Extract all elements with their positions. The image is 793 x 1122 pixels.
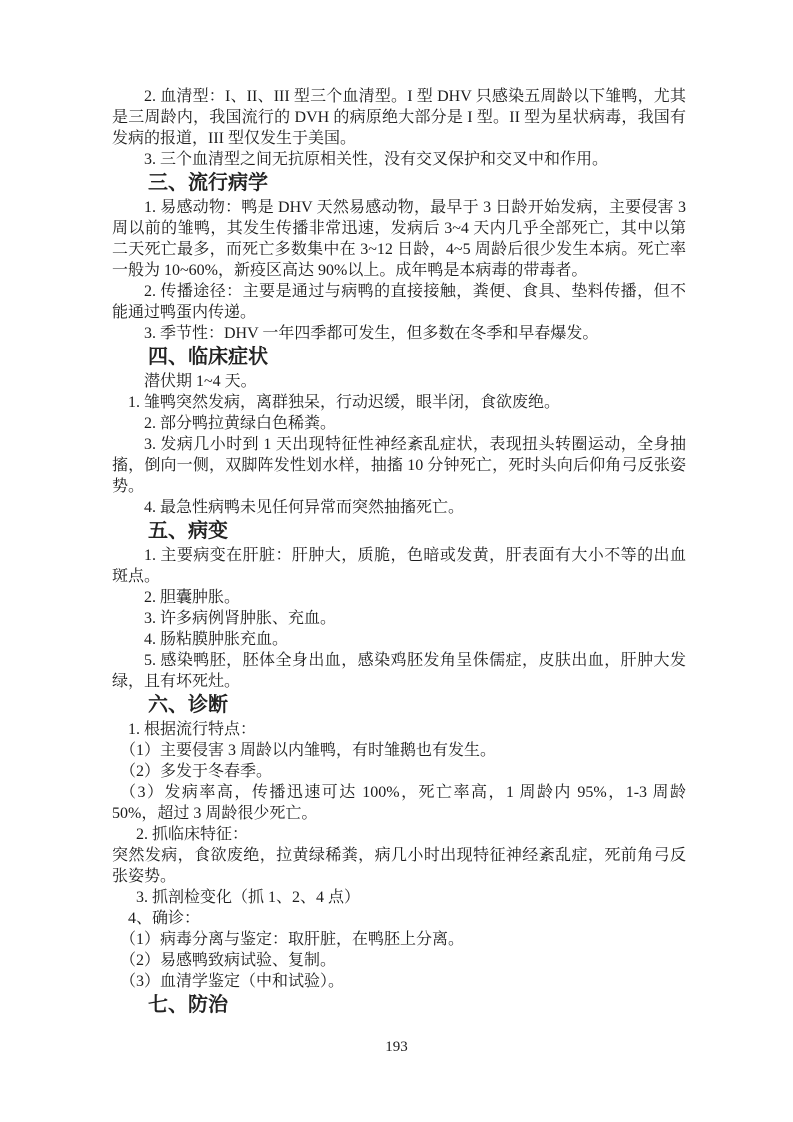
section-heading-pathology: 五、病变 <box>112 518 686 545</box>
paragraph-clinical-features-label: 2. 抓临床特征： <box>112 824 686 845</box>
paragraph-diagnosis-epidemic-features: 1. 根据流行特点： <box>112 719 686 740</box>
paragraph-diagnosis-feature-1: （1）主要侵害 3 周龄以内雏鸭，有时雏鹅也有发生。 <box>112 740 686 761</box>
paragraph-symptom-1: 1. 雏鸭突然发病，离群独呆，行动迟缓，眼半闭，食欲废绝。 <box>112 392 686 413</box>
paragraph-symptom-2: 2. 部分鸭拉黄绿白色稀粪。 <box>112 413 686 434</box>
paragraph-lesion-2: 2. 胆囊肿胀。 <box>112 587 686 608</box>
paragraph-lesion-5: 5. 感染鸭胚，胚体全身出血，感染鸡胚发角呈侏儒症，皮肤出血，肝肿大发绿，且有坏… <box>112 650 686 692</box>
paragraph-serotype-relation: 3. 三个血清型之间无抗原相关性，没有交叉保护和交叉中和作用。 <box>112 149 686 170</box>
paragraph-confirmation-3: （3）血清学鉴定（中和试验）。 <box>112 971 686 992</box>
paragraph-diagnosis-feature-3: （3）发病率高，传播迅速可达 100%，死亡率高，1 周龄内 95%，1-3 周… <box>112 782 686 824</box>
paragraph-clinical-features-detail: 突然发病，食欲废绝，拉黄绿稀粪，病几小时出现特征神经紊乱症，死前角弓反张姿势。 <box>112 845 686 887</box>
paragraph-transmission-route: 2. 传播途径：主要是通过与病鸭的直接接触，粪便、食具、垫料传播，但不能通过鸭蛋… <box>112 281 686 323</box>
paragraph-lesion-1: 1. 主要病变在肝脏：肝肿大，质脆，色暗或发黄，肝表面有大小不等的出血斑点。 <box>112 545 686 587</box>
document-body: 2. 血清型：I、II、III 型三个血清型。I 型 DHV 只感染五周龄以下雏… <box>112 86 686 1019</box>
paragraph-symptom-3: 3. 发病几小时到 1 天出现特征性神经紊乱症状，表现扭头转圈运动，全身抽搐，倒… <box>112 434 686 497</box>
page-number: 193 <box>0 1038 793 1056</box>
paragraph-incubation-period: 潜伏期 1~4 天。 <box>112 371 686 392</box>
section-heading-prevention: 七、防治 <box>112 992 686 1019</box>
paragraph-confirmation-2: （2）易感鸭致病试验、复制。 <box>112 950 686 971</box>
paragraph-symptom-4: 4. 最急性病鸭未见任何异常而突然抽搐死亡。 <box>112 497 686 518</box>
paragraph-necropsy-changes: 3. 抓剖检变化（抓 1、2、4 点） <box>112 887 686 908</box>
paragraph-lesion-3: 3. 许多病例肾肿胀、充血。 <box>112 608 686 629</box>
paragraph-lesion-4: 4. 肠粘膜肿胀充血。 <box>112 629 686 650</box>
section-heading-epidemiology: 三、流行病学 <box>112 170 686 197</box>
paragraph-seasonality: 3. 季节性：DHV 一年四季都可发生，但多数在冬季和早春爆发。 <box>112 323 686 344</box>
paragraph-confirmation-label: 4、确诊： <box>112 908 686 929</box>
paragraph-serotype: 2. 血清型：I、II、III 型三个血清型。I 型 DHV 只感染五周龄以下雏… <box>112 86 686 149</box>
section-heading-diagnosis: 六、诊断 <box>112 692 686 719</box>
paragraph-susceptible-animals: 1. 易感动物：鸭是 DHV 天然易感动物，最早于 3 日龄开始发病，主要侵害 … <box>112 197 686 281</box>
section-heading-clinical-symptoms: 四、临床症状 <box>112 344 686 371</box>
paragraph-diagnosis-feature-2: （2）多发于冬春季。 <box>112 761 686 782</box>
document-page: 2. 血清型：I、II、III 型三个血清型。I 型 DHV 只感染五周龄以下雏… <box>0 0 793 1122</box>
paragraph-confirmation-1: （1）病毒分离与鉴定：取肝脏，在鸭胚上分离。 <box>112 929 686 950</box>
